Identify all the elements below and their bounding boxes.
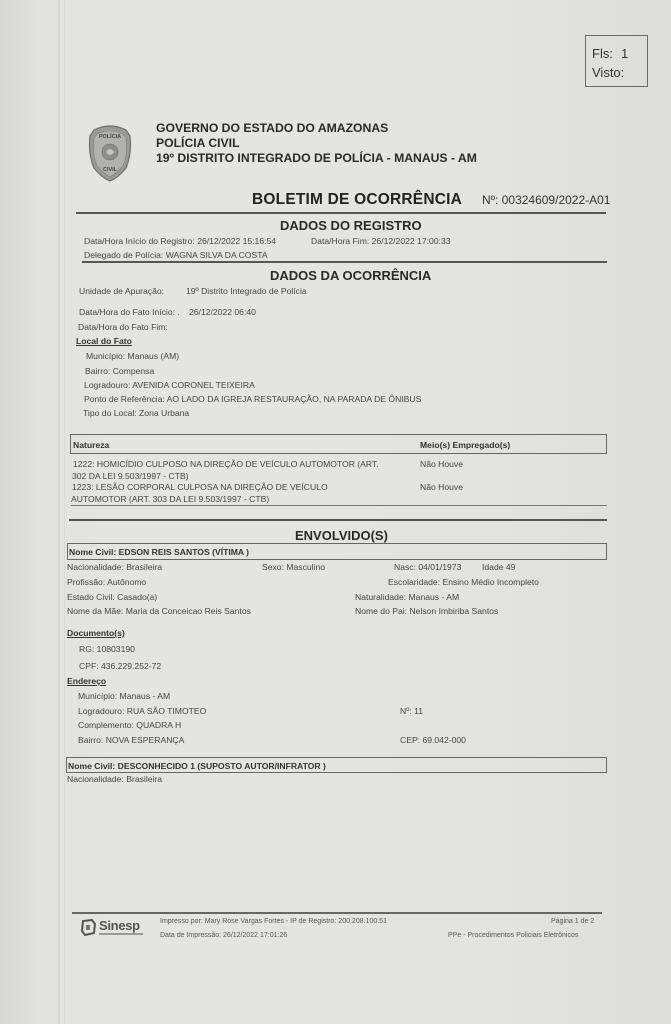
endereco-complemento: Complemento: QUADRA H — [78, 720, 181, 730]
local-referencia: Ponto de Referência: AO LADO DA IGREJA R… — [84, 394, 421, 404]
policia-civil-badge-icon: POLÍCIA CIVIL — [88, 124, 132, 182]
page-fold-shadow-2 — [64, 0, 65, 1024]
header-government: GOVERNO DO ESTADO DO AMAZONAS — [156, 121, 477, 136]
endereco-heading: Endereço — [67, 676, 106, 686]
registro-section-title: DADOS DO REGISTRO — [280, 218, 422, 233]
agency-header: GOVERNO DO ESTADO DO AMAZONAS POLÍCIA CI… — [156, 121, 477, 166]
document-number: Nº: 00324609/2022-A01 — [482, 193, 610, 207]
document-title: BOLETIM DE OCORRÊNCIA — [252, 191, 462, 209]
svg-text:CIVIL: CIVIL — [103, 167, 118, 173]
pessoa-2-nacionalidade: Nacionalidade: Brasileira — [67, 774, 162, 784]
page-fold-shadow — [58, 0, 60, 1024]
footer-impresso-por: Impresso por: Mary Rose Vargas Fortes - … — [160, 918, 387, 925]
pessoa-1-escolaridade: Escolaridade: Ensino Médio Incompleto — [388, 577, 539, 587]
footer-pagina: Página 1 de 2 — [551, 918, 594, 925]
pessoa-1-estado-civil: Estado Civil: Casado(a) — [67, 592, 157, 602]
divider — [69, 519, 607, 521]
ocorrencia-section-title: DADOS DA OCORRÊNCIA — [270, 268, 431, 283]
pessoa-2-nome: Nome Civil: DESCONHECIDO 1 (SUPOSTO AUTO… — [68, 761, 326, 771]
divider — [82, 261, 607, 263]
police-report-page: Fls:1 Visto: POLÍCIA CIVIL GOVERNO DO ES… — [0, 0, 671, 1024]
footer-sistema: PPe - Procedimentos Policiais Eletrônico… — [448, 932, 578, 939]
unidade-value: 19º Distrito Integrado de Polícia — [186, 286, 307, 296]
natureza-col-header: Natureza — [73, 440, 109, 450]
natureza-row-2-line1: 1223: LESÃO CORPORAL CULPOSA NA DIREÇÃO … — [72, 482, 328, 492]
local-municipio: Município: Manaus (AM) — [86, 351, 179, 361]
fato-fim-label: Data/Hora do Fato Fim: — [78, 322, 168, 332]
fls-stamp-box: Fls:1 Visto: — [585, 35, 648, 87]
pessoa-1-profissao: Profissão: Autônomo — [67, 577, 146, 587]
pessoa-1-nasc: Nasc: 04/01/1973 — [394, 562, 461, 572]
natureza-row-2-line2: AUTOMOTOR (ART. 303 DA LEI 9.503/1997 - … — [71, 494, 269, 504]
sinesp-logo-text: Sinesp — [99, 918, 140, 933]
endereco-logradouro: Logradouro: RUA SÃO TIMOTEO — [78, 706, 206, 716]
unidade-label: Unidade de Apuração: — [79, 286, 164, 296]
meio-col-header: Meio(s) Empregado(s) — [420, 440, 510, 450]
divider — [76, 212, 606, 214]
envolvidos-section-title: ENVOLVIDO(S) — [295, 528, 388, 543]
fls-value: 1 — [621, 46, 628, 61]
natureza-row-1-meio: Não Houve — [420, 459, 463, 469]
natureza-row-1-line1: 1222: HOMICÍDIO CULPOSO NA DIREÇÃO DE VE… — [73, 459, 379, 469]
pessoa-1-mae: Nome da Mãe: Maria da Conceicao Reis San… — [67, 606, 251, 616]
divider — [71, 505, 607, 506]
svg-text:POLÍCIA: POLÍCIA — [99, 132, 121, 140]
pessoa-1-rg: RG: 10803190 — [79, 644, 135, 654]
footer-data-impressao: Data de Impressão: 26/12/2022 17:01:26 — [160, 932, 287, 939]
local-logradouro: Logradouro: AVENIDA CORONEL TEIXEIRA — [84, 380, 255, 390]
pessoa-1-naturalidade: Naturalidade: Manaus - AM — [355, 592, 459, 602]
registro-fim: Data/Hora Fim: 26/12/2022 17:00:33 — [311, 236, 451, 246]
fato-inicio-label: Data/Hora do Fato Início: . — [79, 307, 180, 317]
endereco-municipio: Município: Manaus - AM — [78, 691, 170, 701]
natureza-header-box — [70, 434, 607, 454]
pessoa-1-idade: Idade 49 — [482, 562, 515, 572]
footer-divider — [72, 912, 602, 914]
pessoa-1-sexo: Sexo: Masculino — [262, 562, 325, 572]
local-bairro: Bairro: Compensa — [85, 366, 154, 376]
fls-label: Fls: — [592, 46, 613, 61]
endereco-numero: Nº: 11 — [400, 706, 423, 716]
natureza-row-1-line2: 302 DA LEI 9.503/1997 - CTB) — [72, 471, 189, 481]
natureza-row-2-meio: Não Houve — [420, 482, 463, 492]
endereco-cep: CEP: 69.042-000 — [400, 735, 466, 745]
pessoa-1-cpf: CPF: 436.229.252-72 — [79, 661, 161, 671]
sinesp-logo-icon — [80, 919, 97, 936]
registro-inicio: Data/Hora Início do Registro: 26/12/2022… — [84, 236, 276, 246]
fato-inicio-value: 26/12/2022 06:40 — [189, 307, 256, 317]
local-tipo: Tipo do Local: Zona Urbana — [83, 408, 189, 418]
endereco-bairro: Bairro: NOVA ESPERANÇA — [78, 735, 184, 745]
header-policia-civil: POLÍCIA CIVIL — [156, 136, 477, 151]
header-distrito: 19º DISTRITO INTEGRADO DE POLÍCIA - MANA… — [156, 151, 477, 166]
pessoa-1-pai: Nome do Pai: Nelson Imbiriba Santos — [355, 606, 498, 616]
pessoa-1-nacionalidade: Nacionalidade: Brasileira — [67, 562, 162, 572]
pessoa-1-nome: Nome Civil: EDSON REIS SANTOS (VÍTIMA ) — [69, 547, 249, 557]
documentos-heading: Documento(s) — [67, 628, 125, 638]
delegado: Delegado de Polícia: WAGNA SILVA DA COST… — [84, 250, 268, 260]
visto-label: Visto: — [592, 65, 624, 80]
local-fato-heading: Local do Fato — [76, 336, 132, 346]
sinesp-logo-subline — [99, 933, 143, 935]
